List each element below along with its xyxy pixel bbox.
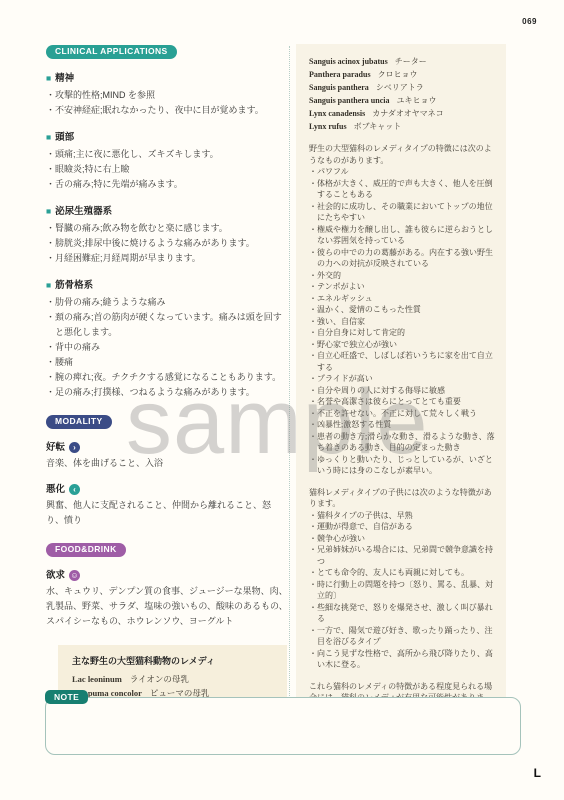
child-trait-bullet: 時に行動上の問題を持つ〔怒り、罵る、乱暴、対立的〕: [309, 579, 496, 602]
species-japanese-name: クロヒョウ: [378, 70, 418, 79]
section-item-list: 頭痛;主に夜に悪化し、ズキズキします。 眼瞼炎;特に右上瞼 舌の痛み;特に先端が…: [46, 147, 288, 192]
square-bullet-icon: ■: [46, 73, 51, 83]
species-entry: Sanguis pantheraシベリアトラ: [309, 82, 496, 94]
remedy-latin-name: Lac leoninum: [72, 674, 122, 684]
child-trait-bullet-text: 運動が得意で、自信がある: [317, 522, 413, 531]
bullet-item-text: 腰痛: [55, 357, 73, 367]
trait-bullet-text: ゆっくりと動いたり、じっとしているが、いざという時には身のこなしが素早い。: [317, 455, 493, 476]
section-heading: ■泌尿生殖器系: [46, 204, 288, 219]
bullet-item-text: 腎臓の痛み;飲み物を飲むと楽に感じます。: [55, 223, 228, 233]
trait-bullet-text: 凶暴性;激怒する性質: [317, 420, 391, 429]
bullet-item: 不安神経症;眠れなかったり、夜中に目が覚めます。: [46, 103, 288, 118]
child-trait-bullet: 猫科タイプの子供は、早熟: [309, 510, 496, 522]
child-trait-bullet: とても命令的、友人にも両親に対しても。: [309, 567, 496, 579]
bullet-item: 頚の痛み;首の筋肉が硬くなっています。痛みは頭を回すと悪化します。: [46, 310, 288, 340]
bullet-item-text: 眼瞼炎;特に右上瞼: [55, 164, 130, 174]
clinical-section: ■頭部 頭痛;主に夜に悪化し、ズキズキします。 眼瞼炎;特に右上瞼 舌の痛み;特…: [46, 130, 288, 192]
bullet-item-text: 膀胱炎;排尿中後に焼けるような痛みがあります。: [55, 238, 255, 248]
document-page: 069 CLINICAL APPLICATIONS ■精神 攻撃的性格;MIND…: [0, 0, 564, 800]
child-trait-bullet: 運動が得意で、自信がある: [309, 521, 496, 533]
trait-bullet: 外交的: [309, 270, 496, 282]
bullet-item: 膀胱炎;排尿中後に焼けるような痛みがあります。: [46, 236, 288, 251]
bullet-item-text: 月経困難症;月経周期が早まります。: [55, 253, 201, 263]
trait-bullet-text: 権威や権力を醸し出し、誰も彼らに逆らおうとしない雰囲気を持っている: [317, 225, 493, 246]
trait-bullet: 自立心旺盛で、しばしば若いうちに家を出て自立する: [309, 350, 496, 373]
trait-bullet-text: 自立心旺盛で、しばしば若いうちに家を出て自立する: [317, 351, 493, 372]
species-latin-name: Lynx rufus: [309, 122, 347, 131]
species-entry: Sanguis panthera unciaユキヒョウ: [309, 95, 496, 107]
trait-bullet-text: 温かく、愛情のこもった性質: [317, 305, 421, 314]
bullet-item: 月経困難症;月経周期が早まります。: [46, 251, 288, 266]
aggravation-label: 悪化: [46, 482, 65, 497]
desire-face-icon: ☺: [69, 570, 80, 581]
desire-text: 水、キュウリ、デンプン質の食事、ジュージーな果物、肉、乳製品、野菜、サラダ、塩味…: [46, 584, 288, 629]
child-trait-bullet: 兄弟姉妹がいる場合には、兄弟間で競争意識を持つ: [309, 544, 496, 567]
species-entry: Lynx rufusボブキャット: [309, 121, 496, 133]
child-trait-bullet-text: 向こう見ずな性格で、高所から飛び降りたり、高い木に登る。: [317, 649, 493, 670]
trait-bullet: 温かく、愛情のこもった性質: [309, 304, 496, 316]
bullet-item: 舌の痛み;特に先端が痛みます。: [46, 177, 288, 192]
species-latin-name: Sanguis acinox jubatus: [309, 57, 388, 66]
bullet-item-text: 頚の痛み;首の筋肉が硬くなっています。痛みは頭を回すと悪化します。: [55, 312, 282, 337]
bullet-item-text: 頭痛;主に夜に悪化し、ズキズキします。: [55, 149, 219, 159]
bullet-item-text: 腕の痺れ;夜。チクチクする感覚になることもあります。: [55, 372, 281, 382]
bullet-item: 背中の痛み: [46, 340, 288, 355]
child-trait-bullet: 向こう見ずな性格で、高所から飛び降りたり、高い木に登る。: [309, 648, 496, 671]
traits-intro-paragraph: 野生の大型猫科のレメディタイプの特徴には次のようなものがあります。: [309, 143, 496, 166]
bullet-item: 足の痛み;打撲様、つねるような痛みがあります。: [46, 385, 288, 400]
bullet-item-text: 舌の痛み;特に先端が痛みます。: [55, 179, 183, 189]
trait-bullet-text: テンポがよい: [317, 282, 365, 291]
section-title: 頭部: [55, 132, 74, 143]
trait-bullet-text: プライドが高い: [317, 374, 373, 383]
clinical-sections: ■精神 攻撃的性格;MIND を参照 不安神経症;眠れなかったり、夜中に目が覚め…: [46, 71, 288, 400]
bullet-item: 頭痛;主に夜に悪化し、ズキズキします。: [46, 147, 288, 162]
bullet-item: 腎臓の痛み;飲み物を飲むと楽に感じます。: [46, 221, 288, 236]
section-item-list: 肋骨の痛み;縫うような痛み 頚の痛み;首の筋肉が硬くなっています。痛みは頭を回す…: [46, 295, 288, 400]
note-box: [45, 697, 521, 755]
trait-bullet-text: 自分自身に対して肯定的: [317, 328, 405, 337]
child-trait-bullet-text: 猫科タイプの子供は、早熟: [317, 511, 413, 520]
trait-bullet-text: 彼らの中での力の葛藤がある。内在する強い野生の力への対抗が反映されている: [317, 248, 493, 269]
trait-bullet: 患者の動き方;滑らかな動き、滑るような動き、落ち着きのある動き、目的の定まった動…: [309, 431, 496, 454]
trait-bullet: 凶暴性;激怒する性質: [309, 419, 496, 431]
food-drink-badge: FOOD&DRINK: [46, 543, 126, 557]
bullet-item: 肋骨の痛み;縫うような痛み: [46, 295, 288, 310]
species-entry: Panthera paradusクロヒョウ: [309, 69, 496, 81]
species-latin-name: Sanguis panthera uncia: [309, 96, 389, 105]
child-trait-bullet-text: 兄弟姉妹がいる場合には、兄弟間で競争意識を持つ: [317, 545, 493, 566]
section-title: 筋骨格系: [55, 280, 93, 291]
trait-bullet-text: 社会的に成功し、その職業においてトップの地位にたちやすい: [317, 202, 493, 223]
square-bullet-icon: ■: [46, 206, 51, 216]
species-japanese-name: ユキヒョウ: [396, 96, 436, 105]
clinical-section: ■筋骨格系 肋骨の痛み;縫うような痛み 頚の痛み;首の筋肉が硬くなっています。痛…: [46, 278, 288, 400]
trait-bullet: 社会的に成功し、その職業においてトップの地位にたちやすい: [309, 201, 496, 224]
child-trait-bullet: 競争心が強い: [309, 533, 496, 545]
trait-bullet-text: 患者の動き方;滑らかな動き、滑るような動き、落ち着きのある動き、目的の定まった動…: [317, 432, 495, 453]
trait-bullet-text: 体格が大きく、威圧的で声も大きく、他人を圧倒することもある: [317, 179, 493, 200]
food-drink-badge-row: FOOD&DRINK: [46, 542, 288, 557]
trait-bullet: エネルギッシュ: [309, 293, 496, 305]
column-divider: [289, 46, 290, 710]
species-japanese-name: シベリアトラ: [376, 83, 424, 92]
bullet-item: 眼瞼炎;特に右上瞼: [46, 162, 288, 177]
trait-bullet: 名誉や高潔さは彼らにとってとても重要: [309, 396, 496, 408]
amelioration-arrow-icon: ›: [69, 442, 80, 453]
trait-bullet: 自分や周りの人に対する侮辱に敏感: [309, 385, 496, 397]
clinical-applications-badge: CLINICAL APPLICATIONS: [46, 45, 177, 59]
bullet-item: 腰痛: [46, 355, 288, 370]
note-badge: NOTE: [45, 690, 88, 704]
remedy-japanese-name: ライオンの母乳: [130, 674, 189, 684]
species-latin-name: Lynx canadensis: [309, 109, 365, 118]
trait-bullet-text: 強い、自信家: [317, 317, 365, 326]
bullet-item-text: 攻撃的性格;MIND を参照: [55, 90, 155, 100]
bullet-item-text: 足の痛み;打撲様、つねるような痛みがあります。: [55, 387, 255, 397]
square-bullet-icon: ■: [46, 280, 51, 290]
amelioration-label: 好転: [46, 440, 65, 455]
child-trait-bullet-text: 時に行動上の問題を持つ〔怒り、罵る、乱暴、対立的〕: [317, 580, 493, 601]
species-entry: Lynx canadensisカナダオオヤマネコ: [309, 108, 496, 120]
aggravation-heading: 悪化 ‹: [46, 482, 288, 497]
trait-bullet: 体格が大きく、威圧的で声も大きく、他人を圧倒することもある: [309, 178, 496, 201]
trait-bullet: 不正を許せない。不正に対して荒々しく戦う: [309, 408, 496, 420]
modality-badge-row: MODALITY: [46, 414, 288, 429]
trait-bullet: 強い、自信家: [309, 316, 496, 328]
trait-bullet-text: 不正を許せない。不正に対して荒々しく戦う: [317, 409, 477, 418]
bullet-item-text: 不安神経症;眠れなかったり、夜中に目が覚めます。: [55, 105, 264, 115]
square-bullet-icon: ■: [46, 132, 51, 142]
section-title: 泌尿生殖器系: [55, 206, 112, 217]
trait-bullet: プライドが高い: [309, 373, 496, 385]
traits-bullet-list: パワフル 体格が大きく、威圧的で声も大きく、他人を圧倒することもある 社会的に成…: [309, 166, 496, 477]
trait-bullet: パワフル: [309, 166, 496, 178]
child-trait-bullet-text: 些細な挑発で、怒りを爆発させ、激しく叫び暴れる: [317, 603, 493, 624]
species-latin-name: Sanguis panthera: [309, 83, 369, 92]
right-panel: Sanguis acinox jubatusチーター Panthera para…: [296, 44, 506, 712]
aggravation-text: 興奮、他人に支配されること、仲間から離れること、怒り、憤り: [46, 498, 288, 528]
desire-label: 欲求: [46, 568, 65, 583]
trait-bullet: 自分自身に対して肯定的: [309, 327, 496, 339]
amelioration-heading: 好転 ›: [46, 440, 288, 455]
trait-bullet: 権威や権力を醸し出し、誰も彼らに逆らおうとしない雰囲気を持っている: [309, 224, 496, 247]
species-japanese-name: ボブキャット: [354, 122, 402, 131]
trait-bullet-text: エネルギッシュ: [317, 294, 373, 303]
section-item-list: 腎臓の痛み;飲み物を飲むと楽に感じます。 膀胱炎;排尿中後に焼けるような痛みがあ…: [46, 221, 288, 266]
trait-bullet-text: パワフル: [317, 167, 349, 176]
corner-letter: L: [534, 766, 541, 780]
species-list: Sanguis acinox jubatusチーター Panthera para…: [309, 56, 496, 133]
trait-bullet: ゆっくりと動いたり、じっとしているが、いざという時には身のこなしが素早い。: [309, 454, 496, 477]
section-heading: ■精神: [46, 71, 288, 86]
bullet-item-text: 背中の痛み: [55, 342, 100, 352]
desire-heading: 欲求 ☺: [46, 568, 288, 583]
remedy-entry: Lac leoninumライオンの母乳: [72, 672, 277, 686]
trait-bullet-text: 自分や周りの人に対する侮辱に敏感: [317, 386, 445, 395]
bullet-item: 腕の痺れ;夜。チクチクする感覚になることもあります。: [46, 370, 288, 385]
species-entry: Sanguis acinox jubatusチーター: [309, 56, 496, 68]
section-item-list: 攻撃的性格;MIND を参照 不安神経症;眠れなかったり、夜中に目が覚めます。: [46, 88, 288, 118]
child-trait-bullet-text: 競争心が強い: [317, 534, 365, 543]
left-column: CLINICAL APPLICATIONS ■精神 攻撃的性格;MIND を参照…: [46, 44, 288, 723]
bullet-item: 攻撃的性格;MIND を参照: [46, 88, 288, 103]
trait-bullet-text: 外交的: [317, 271, 341, 280]
bullet-item-text: 肋骨の痛み;縫うような痛み: [55, 297, 166, 307]
species-japanese-name: チーター: [395, 57, 427, 66]
section-heading: ■筋骨格系: [46, 278, 288, 293]
child-trait-bullet-text: 一方で、陽気で遊び好き、歌ったり踊ったり、注目を浴びるタイプ: [317, 626, 493, 647]
modality-badge: MODALITY: [46, 415, 112, 429]
trait-bullet: 彼らの中での力の葛藤がある。内在する強い野生の力への対抗が反映されている: [309, 247, 496, 270]
child-trait-bullet-text: とても命令的、友人にも両親に対しても。: [317, 568, 469, 577]
page-number: 069: [522, 17, 537, 26]
trait-bullet-text: 名誉や高潔さは彼らにとってとても重要: [317, 397, 461, 406]
clinical-section: ■泌尿生殖器系 腎臓の痛み;飲み物を飲むと楽に感じます。 膀胱炎;排尿中後に焼け…: [46, 204, 288, 266]
clinical-section: ■精神 攻撃的性格;MIND を参照 不安神経症;眠れなかったり、夜中に目が覚め…: [46, 71, 288, 118]
trait-bullet: テンポがよい: [309, 281, 496, 293]
species-latin-name: Panthera paradus: [309, 70, 371, 79]
child-trait-bullet: 些細な挑発で、怒りを爆発させ、激しく叫び暴れる: [309, 602, 496, 625]
section-title: 精神: [55, 73, 74, 84]
section-heading: ■頭部: [46, 130, 288, 145]
amelioration-text: 音楽、体を曲げること、入浴: [46, 456, 288, 471]
children-bullet-list: 猫科タイプの子供は、早熟 運動が得意で、自信がある 競争心が強い 兄弟姉妹がいる…: [309, 510, 496, 671]
trait-bullet-text: 野心家で独立心が強い: [317, 340, 397, 349]
aggravation-arrow-icon: ‹: [69, 484, 80, 495]
trait-bullet: 野心家で独立心が強い: [309, 339, 496, 351]
remedy-box-title: 主な野生の大型猫科動物のレメディ: [72, 654, 277, 669]
child-trait-bullet: 一方で、陽気で遊び好き、歌ったり踊ったり、注目を浴びるタイプ: [309, 625, 496, 648]
species-japanese-name: カナダオオヤマネコ: [372, 109, 443, 118]
children-intro-paragraph: 猫科レメディタイプの子供には次のような特徴があります。: [309, 487, 496, 510]
